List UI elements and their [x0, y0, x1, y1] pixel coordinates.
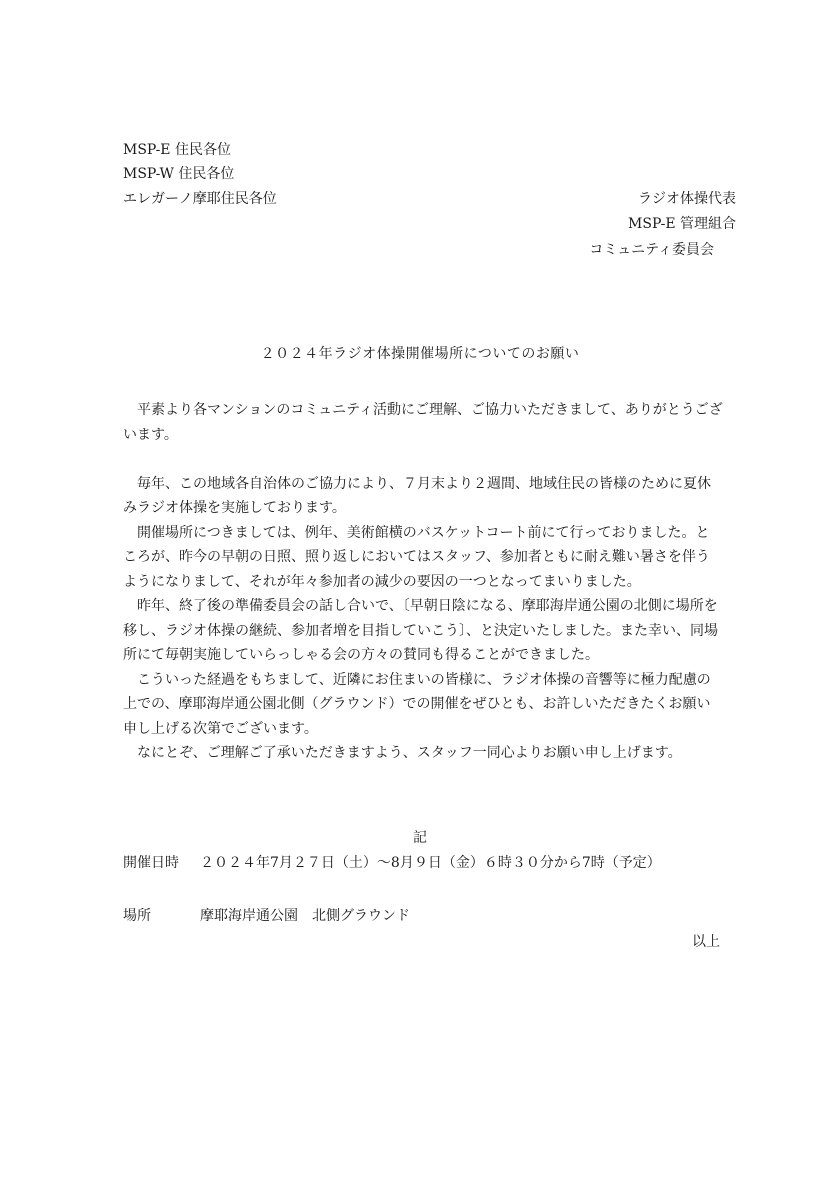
- recipient-line: MSP-E 住民各位: [123, 140, 231, 160]
- date-label: 開催日時: [123, 853, 179, 873]
- paragraph-gap: [123, 447, 723, 472]
- paragraph: 毎年、この地域各自治体のご協力により、７月末より２週間、地域住民の皆様のために夏…: [123, 472, 723, 521]
- ki-heading: 記: [0, 828, 840, 848]
- recipient-line: エレガーノ摩耶住民各位: [123, 189, 277, 209]
- paragraph: 平素より各マンションのコミュニティ活動にご理解、ご協力いただきまして、ありがとう…: [123, 398, 723, 447]
- recipient-line: MSP-W 住民各位: [123, 164, 234, 184]
- closing-mark: 以上: [692, 932, 720, 952]
- place-label: 場所: [123, 906, 151, 926]
- paragraph: なにとぞ、ご理解ご了承いただきますよう、スタッフ一同心よりお願い申し上げます。: [123, 741, 723, 766]
- sender-line: ラジオ体操代表: [638, 189, 736, 209]
- place-value: 摩耶海岸通公園 北側グラウンド: [200, 906, 410, 926]
- paragraph: 昨年、終了後の準備委員会の話し合いで、〔早朝日陰になる、摩耶海岸通公園の北側に場…: [123, 594, 723, 668]
- paragraph: 開催場所につきましては、例年、美術館横のバスケットコート前にて行っておりました。…: [123, 521, 723, 595]
- sender-line: コミュニティ委員会: [589, 240, 714, 260]
- date-value: ２０２４年7月２７日（土）～8月９日（金）６時３０分から7時（予定）: [200, 853, 661, 873]
- sender-line: MSP-E 管理組合: [628, 214, 736, 234]
- document-title: ２０２４年ラジオ体操開催場所についてのお願い: [0, 344, 840, 364]
- paragraph: こういった経過をもちまして、近隣にお住まいの皆様に、ラジオ体操の音響等に極力配慮…: [123, 668, 723, 742]
- document-body: 平素より各マンションのコミュニティ活動にご理解、ご協力いただきまして、ありがとう…: [123, 398, 723, 766]
